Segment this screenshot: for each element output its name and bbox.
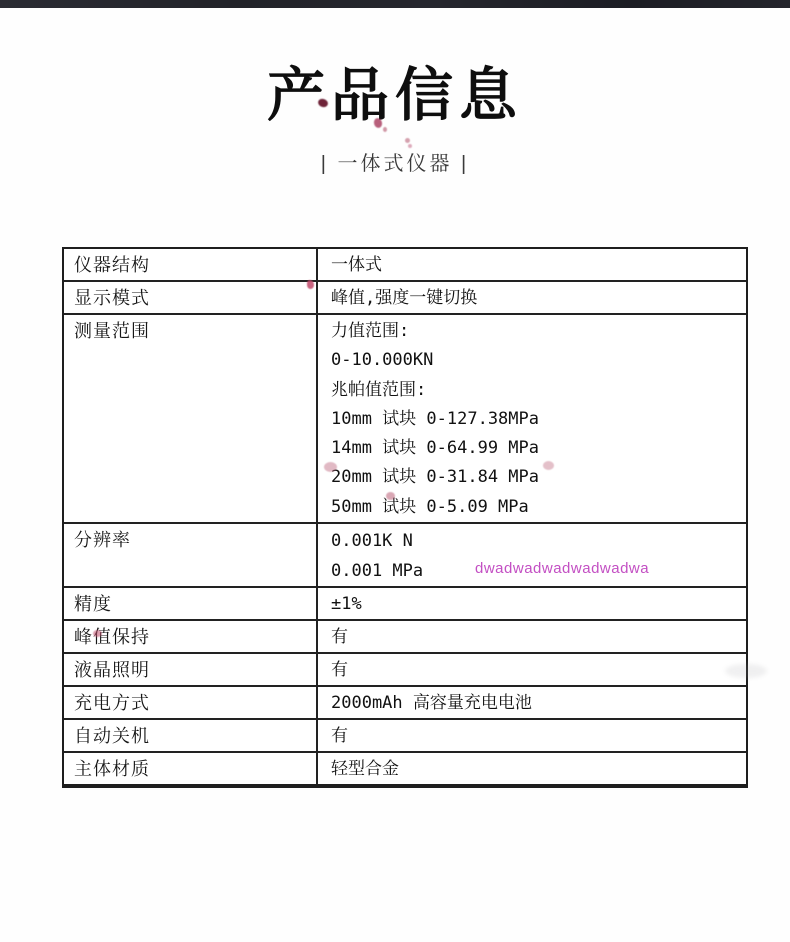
table-row: 仪器结构 一体式 <box>64 249 746 280</box>
spec-table: 仪器结构 一体式 显示模式 峰值,强度一键切换 测量范围 力值范围: 0-10.… <box>62 247 748 788</box>
spec-label: 峰值保持 <box>64 621 318 652</box>
ink-speckle <box>543 461 554 470</box>
product-info-page: 产品信息 | 一体式仪器 | 仪器结构 一体式 显示模式 峰值,强度一键切换 测… <box>0 0 790 942</box>
spec-label: 液晶照明 <box>64 654 318 685</box>
spec-value-line: 峰值,强度一键切换 <box>331 284 742 313</box>
table-row: 自动关机 有 <box>64 718 746 751</box>
spec-value-line: 0.001K N <box>331 526 742 556</box>
spec-label: 显示模式 <box>64 282 318 313</box>
spec-label: 精度 <box>64 588 318 619</box>
spec-value-line: 0-10.000KN <box>331 346 742 375</box>
ink-speckle <box>307 280 314 289</box>
spec-label: 主体材质 <box>64 753 318 784</box>
table-row: 峰值保持 有 <box>64 619 746 652</box>
spec-value: 轻型合金 <box>318 753 746 784</box>
spec-value: 有 <box>318 621 746 652</box>
ink-speckle <box>408 144 412 148</box>
spec-value-line: 有 <box>331 656 742 685</box>
spec-label: 仪器结构 <box>64 249 318 280</box>
table-row: 精度 ±1% <box>64 586 746 619</box>
spec-value: 有 <box>318 720 746 751</box>
spec-value: 一体式 <box>318 249 746 280</box>
spec-value-line: 一体式 <box>331 251 742 280</box>
table-row: 液晶照明 有 <box>64 652 746 685</box>
table-row: 测量范围 力值范围: 0-10.000KN 兆帕值范围: 10mm 试块 0-1… <box>64 313 746 522</box>
watermark-text: dwadwadwadwadwadwa <box>475 560 649 577</box>
ink-speckle <box>386 492 395 500</box>
spec-value-line: 有 <box>331 722 742 751</box>
spec-value: ±1% <box>318 588 746 619</box>
spec-value-line: 10mm 试块 0-127.38MPa <box>331 405 742 434</box>
spec-value-line: 2000mAh 高容量充电电池 <box>331 689 742 718</box>
spec-label: 测量范围 <box>64 315 318 522</box>
spec-value-line: 有 <box>331 623 742 652</box>
spec-value-line: 力值范围: <box>331 317 742 346</box>
top-dark-strip <box>0 0 790 8</box>
spec-value: 峰值,强度一键切换 <box>318 282 746 313</box>
spec-label: 自动关机 <box>64 720 318 751</box>
table-row: 充电方式 2000mAh 高容量充电电池 <box>64 685 746 718</box>
spec-label: 分辨率 <box>64 524 318 586</box>
spec-value: 力值范围: 0-10.000KN 兆帕值范围: 10mm 试块 0-127.38… <box>318 315 746 522</box>
ink-speckle <box>93 630 102 637</box>
spec-value: 有 <box>318 654 746 685</box>
table-row: 分辨率 0.001K N 0.001 MPa dwadwadwadwadwadw… <box>64 522 746 586</box>
spec-value: 0.001K N 0.001 MPa dwadwadwadwadwadwa <box>318 524 746 586</box>
table-row: 主体材质 轻型合金 <box>64 751 746 784</box>
spec-value-line: 轻型合金 <box>331 755 742 784</box>
page-title: 产品信息 <box>0 48 790 132</box>
ink-speckle <box>324 462 337 472</box>
ink-speckle <box>383 127 387 132</box>
ink-speckle <box>405 138 410 143</box>
spec-value-line: 14mm 试块 0-64.99 MPa <box>331 434 742 463</box>
spec-value-line: ±1% <box>331 590 742 619</box>
spec-label: 充电方式 <box>64 687 318 718</box>
scan-smudge <box>725 664 767 678</box>
table-row: 显示模式 峰值,强度一键切换 <box>64 280 746 313</box>
page-subtitle: | 一体式仪器 | <box>0 147 790 176</box>
spec-value-line: 兆帕值范围: <box>331 376 742 405</box>
spec-value: 2000mAh 高容量充电电池 <box>318 687 746 718</box>
spec-value-line: 20mm 试块 0-31.84 MPa <box>331 463 742 492</box>
